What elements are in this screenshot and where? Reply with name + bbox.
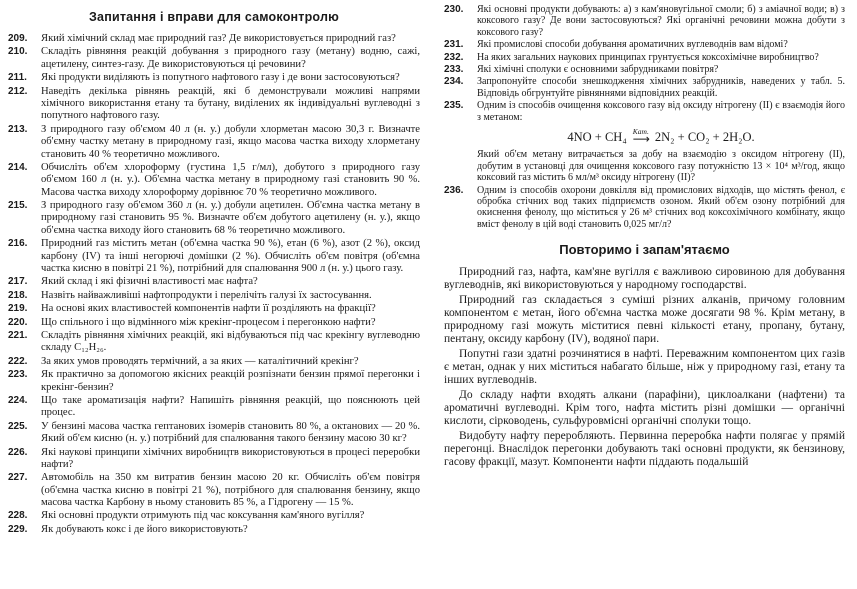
review-paragraph: Попутні гази здатні розчинятися в нафті.… — [444, 348, 845, 387]
question-item: 227.Автомобіль на 350 км витратив бензин… — [8, 472, 420, 509]
question-text: Одним із способів очищення коксового газ… — [477, 100, 845, 122]
question-item: 210.Складіть рівняння реакцій добування … — [8, 46, 420, 71]
question-number: 232. — [444, 52, 477, 63]
review-paragraph: Видобуту нафту переробляють. Первинна пе… — [444, 430, 845, 469]
question-number: 223. — [8, 369, 41, 394]
review-section-heading: Повторимо і запам'ятаємо — [444, 242, 845, 257]
equation-left: 4NO + CH₄ — [567, 130, 626, 144]
question-item: 212.Наведіть декілька рівнянь реакцій, я… — [8, 86, 420, 123]
question-text: Що таке ароматизація нафти? Напишіть рів… — [41, 395, 420, 420]
question-text: Як добувають кокс і де його використовую… — [41, 524, 420, 536]
review-paragraph: Природний газ складається з суміші різни… — [444, 294, 845, 346]
question-number: 226. — [8, 447, 41, 472]
question-item: 234.Запропонуйте способи знешкодження хі… — [444, 76, 845, 99]
question-item: 222.За яких умов проводять термічний, а … — [8, 356, 420, 368]
question-text: На яких загальних наукових принципах гру… — [477, 52, 845, 63]
question-item: 215.З природного газу об'ємом 360 л (н. … — [8, 200, 420, 237]
question-number: 235. — [444, 100, 477, 183]
question-number: 231. — [444, 39, 477, 50]
question-number: 220. — [8, 317, 41, 329]
question-item: 216.Природний газ містить метан (об'ємна… — [8, 238, 420, 275]
question-item: 219.На основі яких властивостей компонен… — [8, 303, 420, 315]
question-text: Які наукові принципи хімічних виробництв… — [41, 447, 420, 472]
question-number: 229. — [8, 524, 41, 536]
chemical-equation: 4NO + CH₄ Кат. ⟶ 2N₂ + CO₂ + 2H₂O. — [477, 128, 845, 146]
reaction-arrow: Кат. ⟶ — [633, 128, 649, 146]
question-number: 225. — [8, 421, 41, 446]
question-text: Що спільного і що відмінного між крекінг… — [41, 317, 420, 329]
question-text: Складіть рівняння реакцій добування з пр… — [41, 46, 420, 71]
review-paragraph: Природний газ, нафта, кам'яне вугілля є … — [444, 266, 845, 292]
question-item: 233.Які хімічні сполуки є основними забр… — [444, 64, 845, 75]
question-text: Які основні продукти отримують під час к… — [41, 510, 420, 522]
question-number: 211. — [8, 72, 41, 84]
book-spread: Запитання і вправи для самоконтролю 209.… — [0, 0, 857, 589]
question-item: 218.Назвіть найважливіші нафтопродукти і… — [8, 290, 420, 302]
question-number: 236. — [444, 185, 477, 231]
question-number: 224. — [8, 395, 41, 420]
question-number: 233. — [444, 64, 477, 75]
question-text: Які хімічні сполуки є основними забрудни… — [477, 64, 845, 75]
review-paragraphs: Природний газ, нафта, кам'яне вугілля є … — [444, 266, 845, 469]
questions-section-heading: Запитання і вправи для самоконтролю — [8, 10, 420, 24]
question-item: 214.Обчисліть об'єм хлороформу (густина … — [8, 162, 420, 199]
question-number: 213. — [8, 124, 41, 161]
question-text: На основі яких властивостей компонентів … — [41, 303, 420, 315]
question-text: Які промислові способи добування аромати… — [477, 39, 845, 50]
question-item: 211.Які продукти виділяють із попутного … — [8, 72, 420, 84]
question-text: Складіть рівняння хімічних реакцій, які … — [41, 330, 420, 355]
page-left: Запитання і вправи для самоконтролю 209.… — [0, 0, 430, 589]
question-text: Які продукти виділяють із попутного нафт… — [41, 72, 420, 84]
question-number: 234. — [444, 76, 477, 99]
question-number: 218. — [8, 290, 41, 302]
question-item: 230.Які основні продукти добувають: а) з… — [444, 4, 845, 38]
question-text: Обчисліть об'єм хлороформу (густина 1,5 … — [41, 162, 420, 199]
question-item: 229.Як добувають кокс і де його використ… — [8, 524, 420, 536]
question-text: Який хімічний склад має природний газ? Д… — [41, 33, 420, 45]
review-paragraph: До складу нафти входять алкани (парафіни… — [444, 389, 845, 428]
question-item: 217.Який склад і які фізичні властивості… — [8, 276, 420, 288]
question-number: 217. — [8, 276, 41, 288]
question-number: 230. — [444, 4, 477, 38]
question-text: Природний газ містить метан (об'ємна час… — [41, 238, 420, 275]
question-text: Як практично за допомогою якісних реакці… — [41, 369, 420, 394]
question-number: 215. — [8, 200, 41, 237]
question-number: 210. — [8, 46, 41, 71]
question-text: Одним із способів охорони довкілля від п… — [477, 185, 845, 231]
question-item: 223.Як практично за допомогою якісних ре… — [8, 369, 420, 394]
question-item: 225.У бензині масова частка гептанових і… — [8, 421, 420, 446]
question-item: 228.Які основні продукти отримують під ч… — [8, 510, 420, 522]
question-item: 213.З природного газу об'ємом 40 л (н. у… — [8, 124, 420, 161]
question-item: 226.Які наукові принципи хімічних виробн… — [8, 447, 420, 472]
question-text: З природного газу об'ємом 360 л (н. у.) … — [41, 200, 420, 237]
question-list-right: 230.Які основні продукти добувають: а) з… — [444, 4, 845, 99]
question-item-236: 236. Одним із способів охорони довкілля … — [444, 185, 845, 231]
question-number: 228. — [8, 510, 41, 522]
question-number: 216. — [8, 238, 41, 275]
question-text: З природного газу об'ємом 40 л (н. у.) д… — [41, 124, 420, 161]
question-item: 231.Які промислові способи добування аро… — [444, 39, 845, 50]
question-list-left: 209.Який хімічний склад має природний га… — [8, 33, 420, 536]
question-text: Наведіть декілька рівнянь реакцій, які б… — [41, 86, 420, 123]
question-text: Який об'єм метану витрачається за добу н… — [477, 149, 845, 183]
question-number: 212. — [8, 86, 41, 123]
question-number: 221. — [8, 330, 41, 355]
question-number: 209. — [8, 33, 41, 45]
question-item: 221.Складіть рівняння хімічних реакцій, … — [8, 330, 420, 355]
question-item: 224.Що таке ароматизація нафти? Напишіть… — [8, 395, 420, 420]
question-text: Запропонуйте способи знешкодження хімічн… — [477, 76, 845, 99]
question-text: Які основні продукти добувають: а) з кам… — [477, 4, 845, 38]
question-body: Одним із способів очищення коксового газ… — [477, 100, 845, 183]
question-item-235: 235. Одним із способів очищення коксовог… — [444, 100, 845, 183]
question-number: 219. — [8, 303, 41, 315]
arrow-icon: ⟶ — [633, 133, 649, 145]
equation-right: 2N₂ + CO₂ + 2H₂O. — [655, 130, 755, 144]
question-text: За яких умов проводять термічний, а за я… — [41, 356, 420, 368]
question-number: 214. — [8, 162, 41, 199]
question-item: 220.Що спільного і що відмінного між кре… — [8, 317, 420, 329]
question-text: У бензині масова частка гептанових ізоме… — [41, 421, 420, 446]
question-item: 209.Який хімічний склад має природний га… — [8, 33, 420, 45]
question-text: Автомобіль на 350 км витратив бензин мас… — [41, 472, 420, 509]
page-right: 230.Які основні продукти добувають: а) з… — [430, 0, 857, 589]
question-text: Назвіть найважливіші нафтопродукти і пер… — [41, 290, 420, 302]
question-number: 222. — [8, 356, 41, 368]
question-text: Який склад і які фізичні властивості має… — [41, 276, 420, 288]
question-number: 227. — [8, 472, 41, 509]
question-item: 232.На яких загальних наукових принципах… — [444, 52, 845, 63]
